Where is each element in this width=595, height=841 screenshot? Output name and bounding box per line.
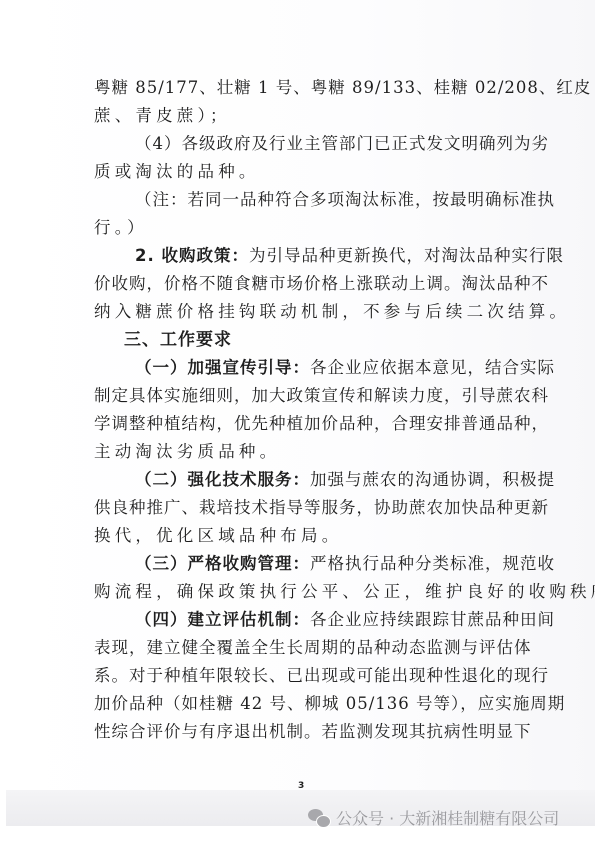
item-title: （四）建立评估机制： xyxy=(135,610,310,629)
section-heading: 三、工作要求 xyxy=(94,326,506,354)
item-text: 加强与蔗农的沟通协调，积极提 xyxy=(310,470,555,489)
document-body: 粤糖 85/177、壮糖 1 号、粤糖 89/133、桂糖 02/208、红皮蔗… xyxy=(94,74,506,746)
item-text: 各企业应依据本意见，结合实际 xyxy=(310,358,555,377)
paragraph-line: 纳入糖蔗价格挂钩联动机制，不参与后续二次结算。 xyxy=(94,298,506,326)
item-text: 为引导品种更新换代，对淘汰品种实行限 xyxy=(249,246,564,265)
item-text: 严格执行品种分类标准，规范收 xyxy=(310,554,555,573)
paragraph-line: 蔗、青皮蔗）； xyxy=(94,102,506,130)
paragraph-line: 粤糖 85/177、壮糖 1 号、粤糖 89/133、桂糖 02/208、红皮 xyxy=(94,74,506,102)
wechat-watermark: 公众号 · 大新湘桂制糖有限公司 xyxy=(308,806,559,829)
paragraph-line: 质或淘汰的品种。 xyxy=(94,158,506,186)
paragraph-line: （4）各级政府及行业主管部门已正式发文明确列为劣 xyxy=(94,130,506,158)
page-number: 3 xyxy=(298,781,304,791)
item-title: 2. 收购政策： xyxy=(135,246,249,265)
paragraph-line: 购流程，确保政策执行公平、公正，维护良好的收购秩序。 xyxy=(94,578,506,606)
paragraph-line: （三）严格收购管理：严格执行品种分类标准，规范收 xyxy=(94,550,506,578)
paragraph-line: 供良种推广、栽培技术指导等服务，协助蔗农加快品种更新 xyxy=(94,494,506,522)
paragraph-line: 2. 收购政策：为引导品种更新换代，对淘汰品种实行限 xyxy=(94,242,506,270)
paragraph-line: 行。） xyxy=(94,214,506,242)
wechat-icon xyxy=(308,809,330,827)
paragraph-line: 学调整种植结构，优先种植加价品种，合理安排普通品种， xyxy=(94,410,506,438)
paragraph-line: 换代，优化区域品种布局。 xyxy=(94,522,506,550)
item-title: （三）严格收购管理： xyxy=(135,554,310,573)
paragraph-line: 性综合评价与有序退出机制。若监测发现其抗病性明显下 xyxy=(94,718,506,746)
paragraph-line: 加价品种（如桂糖 42 号、柳城 05/136 号等），应实施周期 xyxy=(94,690,506,718)
item-title: （一）加强宣传引导： xyxy=(135,358,310,377)
paragraph-line: （注：若同一品种符合多项淘汰标准，按最明确标准执 xyxy=(94,186,506,214)
paragraph-line: 主动淘汰劣质品种。 xyxy=(94,438,506,466)
paragraph-line: 系。对于种植年限较长、已出现或可能出现种性退化的现行 xyxy=(94,662,506,690)
paragraph-line: （一）加强宣传引导：各企业应依据本意见，结合实际 xyxy=(94,354,506,382)
watermark-text: 公众号 · 大新湘桂制糖有限公司 xyxy=(336,806,559,829)
paragraph-line: 表现，建立健全覆盖全生长周期的品种动态监测与评估体 xyxy=(94,634,506,662)
item-title: （二）强化技术服务： xyxy=(135,470,310,489)
paragraph-line: （二）强化技术服务：加强与蔗农的沟通协调，积极提 xyxy=(94,466,506,494)
item-text: 各企业应持续跟踪甘蔗品种田间 xyxy=(310,610,555,629)
paragraph-line: 制定具体实施细则，加大政策宣传和解读力度，引导蔗农科 xyxy=(94,382,506,410)
paragraph-line: 价收购，价格不随食糖市场价格上涨联动上调。淘汰品种不 xyxy=(94,270,506,298)
paragraph-line: （四）建立评估机制：各企业应持续跟踪甘蔗品种田间 xyxy=(94,606,506,634)
